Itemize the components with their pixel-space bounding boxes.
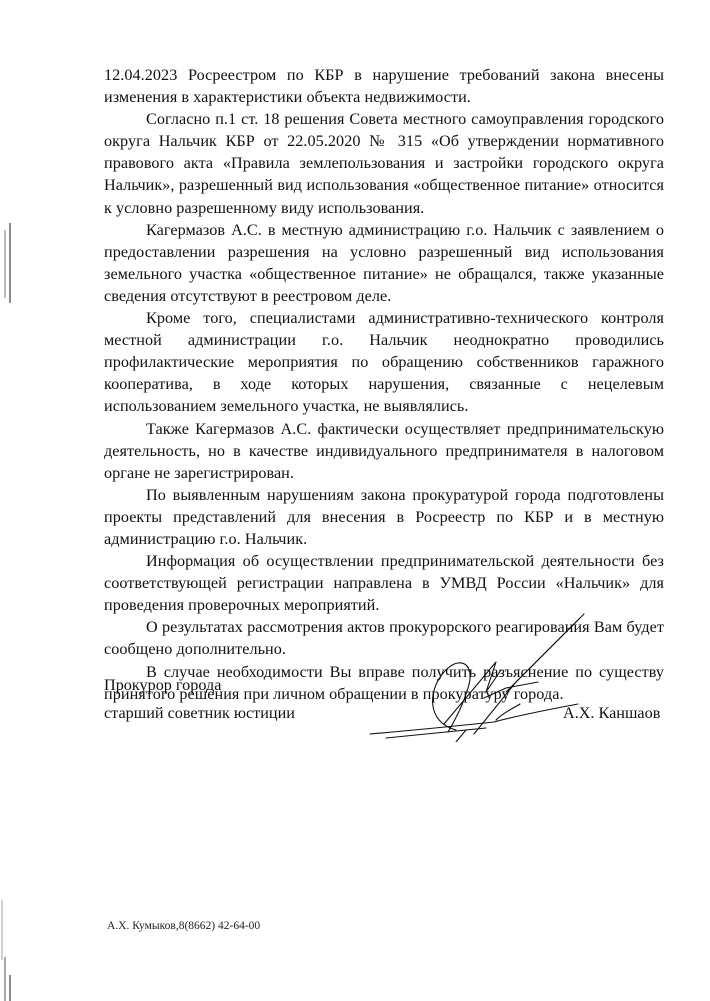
scan-edge-artifact <box>9 223 11 303</box>
document-page: 12.04.2023 Росреестром по КБР в нарушени… <box>0 0 710 1001</box>
executor-contact: А.Х. Кумыков,8(8662) 42-64-00 <box>107 920 260 932</box>
scan-edge-artifact <box>1 900 3 960</box>
paragraph-unregistered-business: Также Кагермазов А.С. фактически осущест… <box>104 418 664 484</box>
paragraph-inspections: Кроме того, специалистами административн… <box>104 307 664 417</box>
scan-edge-artifact <box>9 975 11 1001</box>
letter-body: 12.04.2023 Росреестром по КБР в нарушени… <box>104 64 664 705</box>
handwritten-signature-icon <box>356 612 586 742</box>
paragraph-land-use-rules: Согласно п.1 ст. 18 решения Совета местн… <box>104 108 664 218</box>
signatory-position: Прокурор города <box>104 676 221 695</box>
scan-edge-artifact <box>4 230 6 298</box>
scan-edge-artifact <box>4 957 6 1001</box>
paragraph-no-application: Кагермазов А.С. в местную администрацию … <box>104 219 664 307</box>
paragraph-registry-changes: 12.04.2023 Росреестром по КБР в нарушени… <box>104 64 664 108</box>
signatory-rank: старший советник юстиции <box>104 704 295 723</box>
paragraph-draft-representations: По выявленным нарушениям закона прокурат… <box>104 484 664 550</box>
paragraph-police-referral: Информация об осуществлении предпринимат… <box>104 550 664 616</box>
